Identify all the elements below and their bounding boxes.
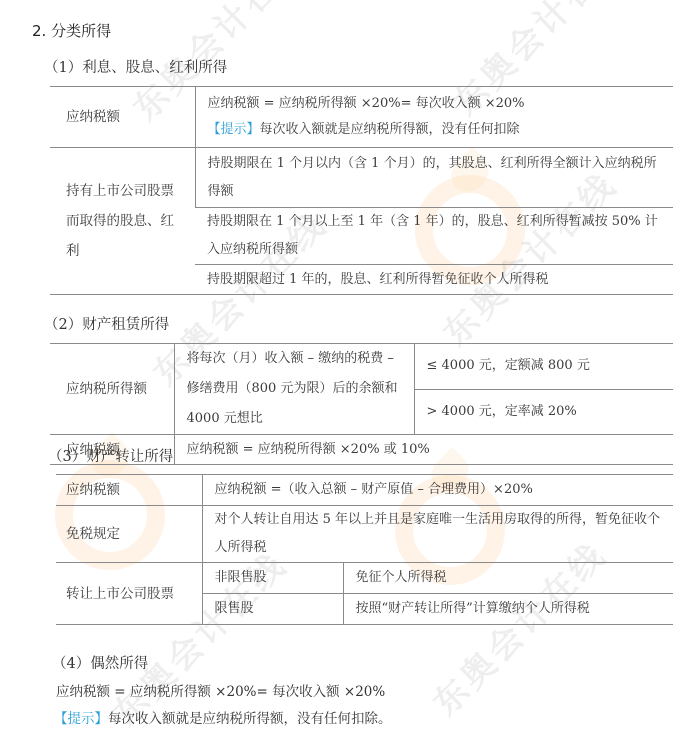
table-row: 应纳税额 应纳税额 = 应纳税所得额 ×20%= 每次收入额 ×20% 【提示】… [50,87,673,148]
formula: 应纳税额 =（收入总额 – 财产原值 – 合理费用）×20% [202,475,673,506]
row-content: 应纳税额 = 应纳税所得额 ×20%= 每次收入额 ×20% 【提示】每次收入额… [195,87,673,148]
tip: 【提示】每次收入额就是应纳税所得额，没有任何扣除 [208,117,662,143]
formula: 应纳税额 = 应纳税所得额 ×20%= 每次收入额 ×20% [208,91,662,117]
section3-title: （3）财产转让所得 [48,445,173,466]
stock-type: 限售股 [202,594,343,625]
table-row: 应纳税额 应纳税额 =（收入总额 – 财产原值 – 合理费用）×20% [56,475,673,506]
section2-title: （2）财产租赁所得 [44,313,169,334]
holding-rule: 持股期限超过 1 年的，股息、红利所得暂免征收个人所得税 [195,265,673,295]
tip-tag: 【提示】 [208,122,260,137]
formula: 应纳税额 = 应纳税所得额 ×20%= 每次收入额 ×20% [56,680,385,700]
formula: 应纳税额 = 应纳税所得额 ×20% 或 10% [174,435,673,465]
rule: ≤ 4000 元，定额减 800 元 [414,344,673,390]
dividend-income-table: 应纳税额 应纳税额 = 应纳税所得额 ×20%= 每次收入额 ×20% 【提示】… [50,86,673,295]
stock-rule: 免征个人所得税 [343,563,673,594]
rule: > 4000 元，定率减 20% [414,389,673,435]
row-description: 将每次（月）收入额 – 缴纳的税费 – 修缮费用（800 元为限）后的余额和 4… [174,344,414,435]
stock-type: 非限售股 [202,563,343,594]
table-row: 免税规定 对个人转让自用达 5 年以上并且是家庭唯一生活用房取得的所得，暂免征收… [56,506,673,563]
table-row: 转让上市公司股票 非限售股 免征个人所得税 [56,563,673,594]
exemption-text: 对个人转让自用达 5 年以上并且是家庭唯一生活用房取得的所得，暂免征收个人所得税 [202,506,673,563]
section-heading: 2. 分类所得 [32,20,111,41]
row-label: 应纳税额 [50,87,195,148]
tip-tag: 【提示】 [54,711,108,727]
table-row: 应纳税所得额 将每次（月）收入额 – 缴纳的税费 – 修缮费用（800 元为限）… [50,344,673,390]
row-label: 转让上市公司股票 [56,563,202,625]
row-label: 免税规定 [56,506,202,563]
table-row: 持有上市公司股票而取得的股息、红利 持股期限在 1 个月以内（含 1 个月）的，… [50,148,673,208]
holding-rule: 持股期限在 1 个月以上至 1 年（含 1 年）的，股息、红利所得暂减按 50%… [195,208,673,265]
tip: 【提示】每次收入额就是应纳税所得额，没有任何扣除。 [54,707,392,727]
tip-text: 每次收入额就是应纳税所得额，没有任何扣除 [260,122,520,137]
stock-rule: 按照“财产转让所得”计算缴纳个人所得税 [343,594,673,625]
holding-rule: 持股期限在 1 个月以内（含 1 个月）的，其股息、红利所得全额计入应纳税所得额 [195,148,673,208]
row-label: 应纳税额 [56,475,202,506]
row-label: 应纳税所得额 [50,344,174,435]
row-label: 持有上市公司股票而取得的股息、红利 [50,148,195,295]
tip-text: 每次收入额就是应纳税所得额，没有任何扣除。 [108,711,392,727]
section4-title: （4）偶然所得 [52,652,148,673]
section1-title: （1）利息、股息、红利所得 [44,56,227,77]
property-transfer-table: 应纳税额 应纳税额 =（收入总额 – 财产原值 – 合理费用）×20% 免税规定… [56,474,673,625]
